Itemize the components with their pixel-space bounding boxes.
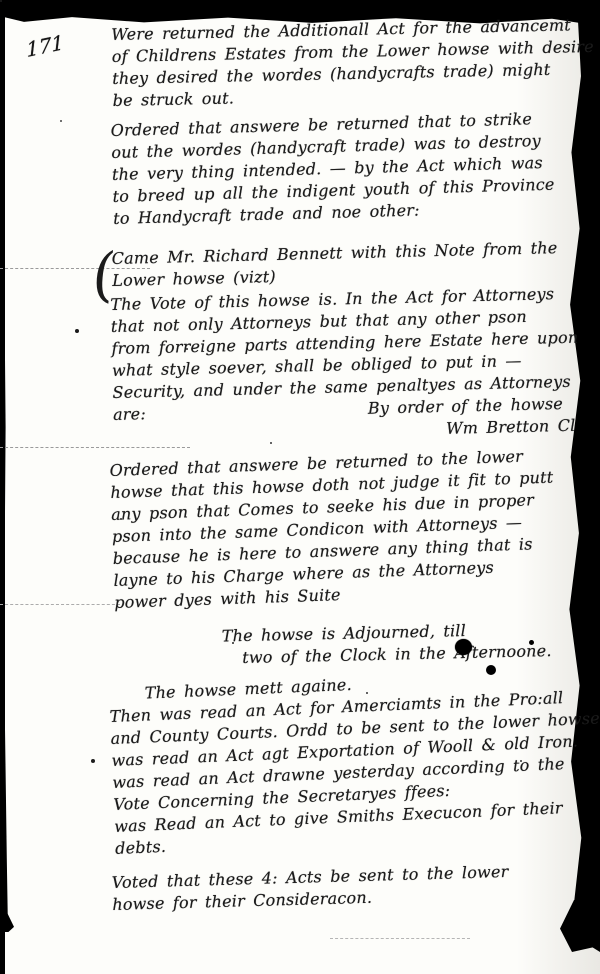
- paragraph-order-answere-lower-house: Ordered that answere be returned to the …: [109, 444, 580, 614]
- ink-blot-medium: [486, 665, 496, 675]
- ink-blot-large: [455, 639, 472, 655]
- paragraph-adjournment: The howse is Adjourned, tilltwo of the C…: [112, 617, 579, 672]
- manuscript-text: Were returned the Additionall Act for th…: [112, 24, 578, 916]
- scan-artifact-line: [330, 938, 470, 939]
- paragraph-order-answere-strike-out: Ordered that answere be returned that to…: [110, 107, 579, 230]
- line-left-text: are:: [113, 403, 146, 426]
- paragraph-vote-four-acts: Voted that these 4: Acts be sent to the …: [111, 859, 578, 916]
- paper-specks: [0, 0, 2, 2]
- paragraph-lower-house-vote: The Vote of this howse is. In the Act fo…: [110, 283, 580, 448]
- scan-artifact-line: [0, 604, 120, 605]
- paragraph-afternoon-session: The howse mett againe.Then was read an A…: [108, 665, 581, 860]
- paragraph-additional-act-returned: Were returned the Additionall Act for th…: [111, 14, 579, 112]
- ink-blot-small: [529, 640, 534, 645]
